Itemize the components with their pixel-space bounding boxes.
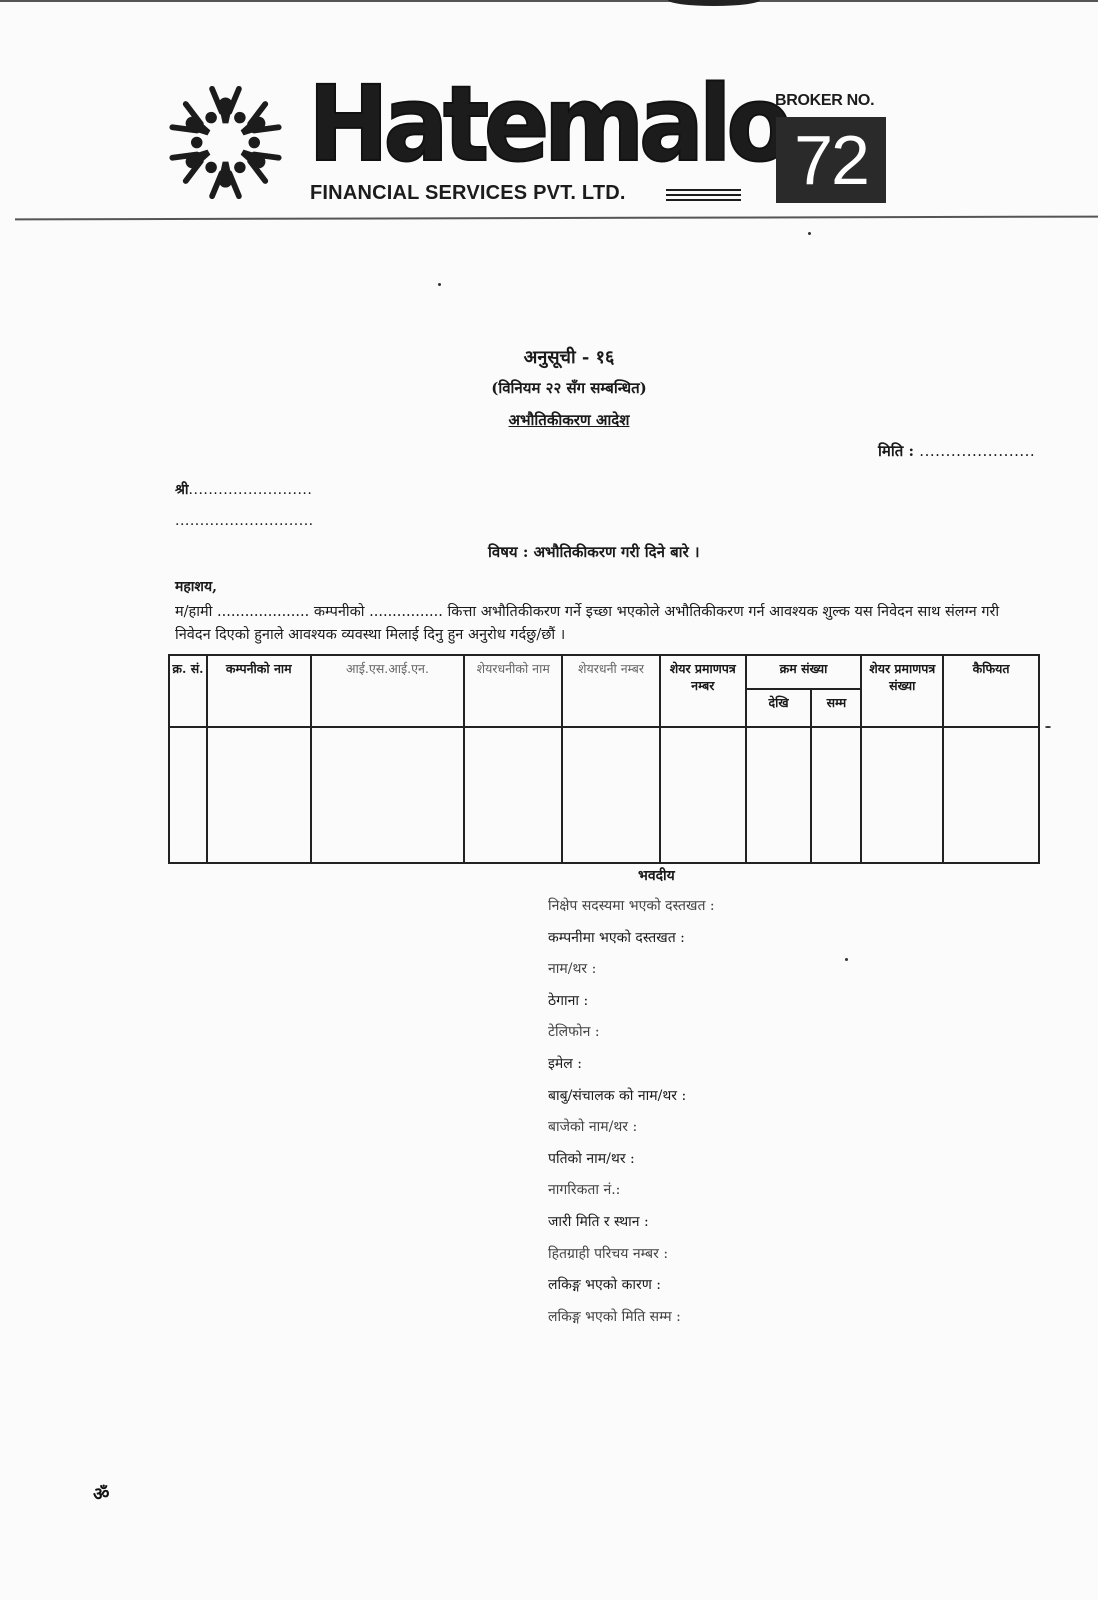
date-label: मिति : (878, 442, 914, 460)
addressee-field: श्री......................... (175, 480, 312, 499)
field-grandfather-name: बाजेको नाम/थर : (548, 1117, 715, 1149)
col-shareholder-name: शेयरधनीको नाम (464, 655, 562, 727)
col-range-to: सम्म (811, 689, 861, 727)
scan-top-edge (0, 0, 1098, 2)
field-citizenship-no: नागरिकता नं.: (548, 1180, 715, 1212)
cell-serial[interactable] (169, 727, 207, 863)
page-mark: ॐ (93, 1482, 109, 1506)
field-company-signature: कम्पनीमा भएको दस्तखत : (548, 928, 715, 960)
subject-line: विषय : अभौतिकीकरण गरी दिने बारे । (488, 542, 700, 562)
field-issue-date-place: जारी मिति र स्थान : (548, 1212, 715, 1244)
cell-certificate-number[interactable] (660, 727, 746, 863)
request-paragraph: म/हामी .................... कम्पनीको ...… (175, 601, 1035, 647)
col-shareholder-number: शेयरधनी नम्बर (562, 655, 660, 727)
field-locking-date: लकिङ्ग भएको मिति सम्म : (548, 1307, 715, 1339)
field-locking-reason: लकिङ्ग भएको कारण : (548, 1275, 715, 1307)
scan-artifact (668, 0, 760, 6)
cell-certificate-count[interactable] (861, 727, 943, 863)
brand-subtitle: FINANCIAL SERVICES PVT. LTD. (310, 182, 626, 205)
schedule-title: अनुसूची - १६ (20, 345, 1098, 369)
addressee-blank-1: ......................... (189, 482, 313, 498)
cell-shareholder-number[interactable] (562, 727, 660, 863)
scan-speck (1045, 726, 1051, 728)
col-serial-range: क्रम संख्या (746, 655, 862, 689)
cell-remarks[interactable] (943, 727, 1039, 863)
col-certificate-number: शेयर प्रमाणपत्र नम्बर (660, 655, 746, 727)
field-father-name: बाबु/संचालक को नाम/थर : (548, 1086, 715, 1118)
cell-isin[interactable] (311, 727, 465, 863)
col-certificate-count: शेयर प्रमाणपत्र संख्या (861, 655, 943, 727)
date-blank: ...................... (919, 442, 1035, 460)
broker-label: BROKER NO. (775, 92, 874, 110)
cell-shareholder-name[interactable] (464, 727, 562, 863)
field-husband-name: पतिको नाम/थर : (548, 1149, 715, 1181)
signature-block-title: भवदीय (638, 866, 675, 885)
header-divider (15, 216, 1098, 221)
salutation: महाशय, (175, 577, 217, 596)
scan-speck (808, 232, 811, 235)
table-row (169, 727, 1039, 863)
cell-range-to[interactable] (811, 727, 861, 863)
regulation-reference: (विनियम २२ सँग सम्बन्धित) (20, 378, 1098, 398)
addressee-blank-2: ............................ (175, 513, 314, 529)
brand-name: Hatemalo (308, 72, 787, 176)
col-isin: आई.एस.आई.एन. (311, 655, 465, 727)
field-telephone: टेलिफोन : (548, 1022, 715, 1054)
field-boid: हितग्राही परिचय नम्बर : (548, 1244, 715, 1276)
field-name: नाम/थर : (548, 959, 715, 991)
col-remarks: कैफियत (943, 655, 1039, 727)
scan-speck (438, 283, 441, 286)
date-field: मिति : ...................... (878, 441, 1035, 461)
decorative-lines (666, 189, 741, 201)
field-email: इमेल : (548, 1054, 715, 1086)
col-company-name: कम्पनीको नाम (207, 655, 311, 727)
scan-speck (845, 958, 848, 961)
signature-fields: निक्षेप सदस्यमा भएको दस्तखत : कम्पनीमा भ… (548, 896, 715, 1338)
cell-company-name[interactable] (207, 727, 311, 863)
dematerialization-table: क्र. सं. कम्पनीको नाम आई.एस.आई.एन. शेयरध… (168, 654, 1040, 864)
cell-range-from[interactable] (746, 727, 812, 863)
broker-number-badge: 72 (776, 117, 886, 203)
col-serial: क्र. सं. (169, 655, 207, 727)
order-title: अभौतिकीकरण आदेश (20, 410, 1098, 430)
people-circle-logo-icon (168, 85, 283, 200)
col-range-from: देखि (746, 689, 812, 727)
addressee-prefix: श्री (175, 482, 189, 498)
field-address: ठेगाना : (548, 991, 715, 1023)
field-dp-signature: निक्षेप सदस्यमा भएको दस्तखत : (548, 896, 715, 928)
